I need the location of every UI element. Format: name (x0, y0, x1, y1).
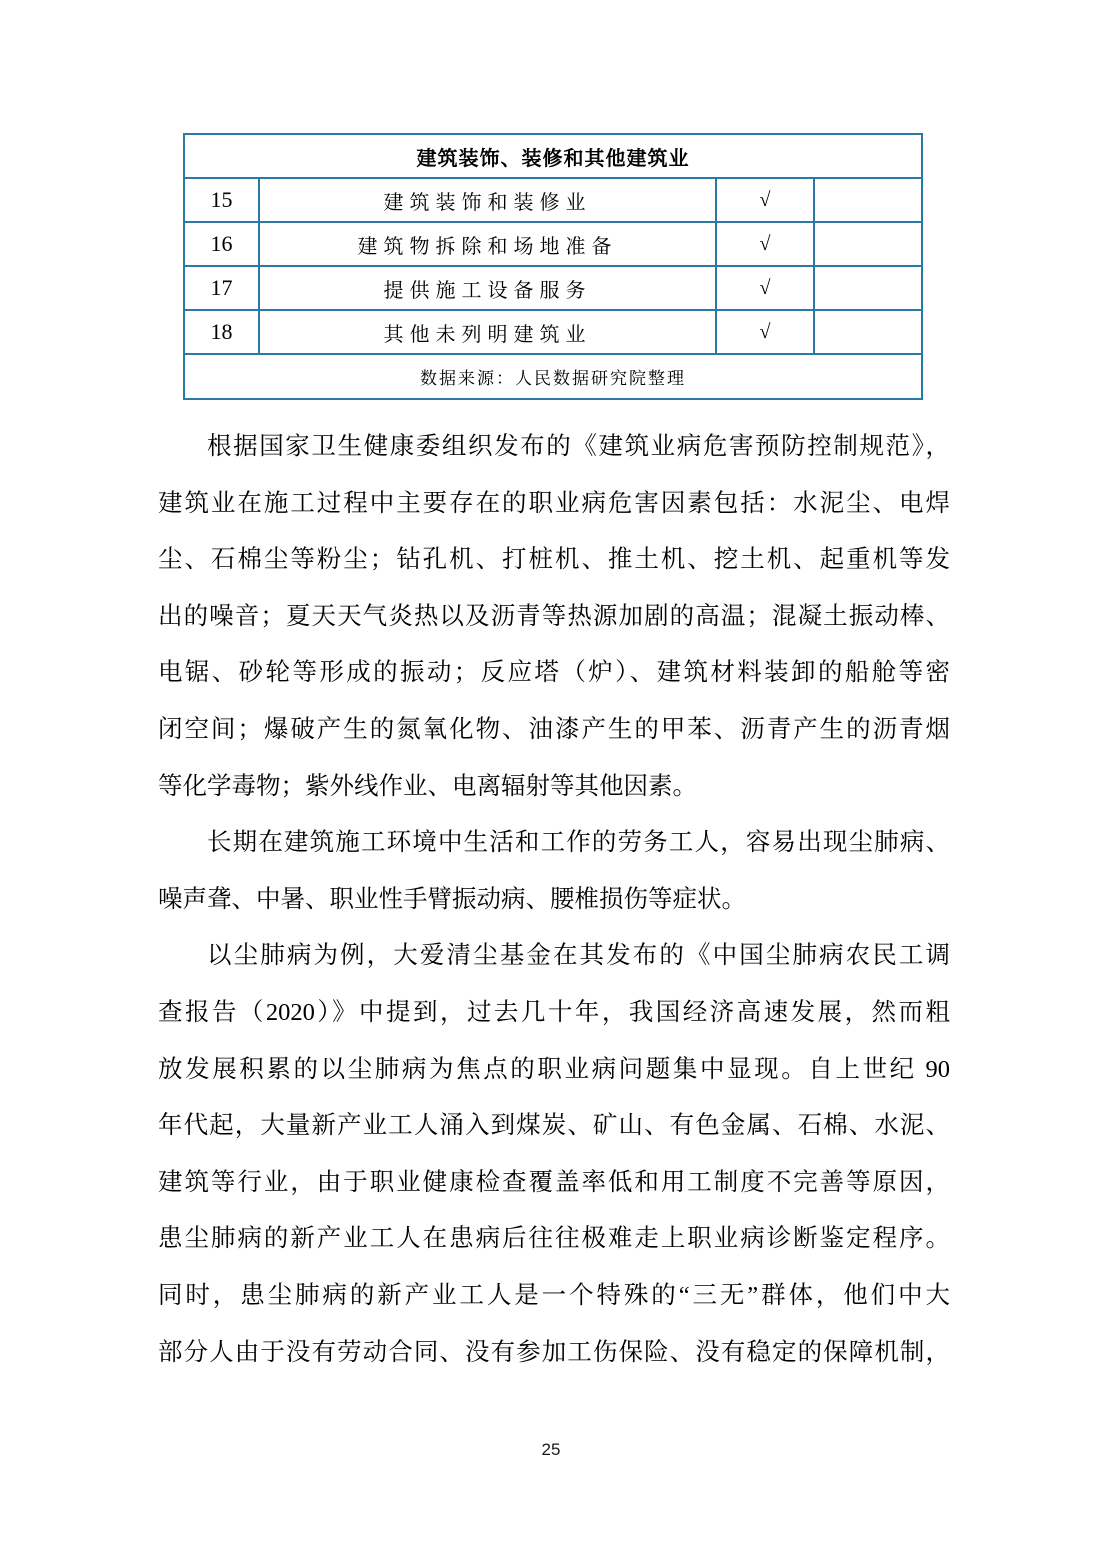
row-number: 18 (184, 310, 259, 354)
table-row: 17 提供施工设备服务 √ (184, 266, 922, 310)
row-number: 15 (184, 178, 259, 222)
document-page: 建筑装饰、装修和其他建筑业 15 建筑装饰和装修业 √ 16 建筑物拆除和场地准… (0, 0, 1102, 1559)
row-name: 建筑物拆除和场地准备 (259, 222, 716, 266)
table-header-row: 建筑装饰、装修和其他建筑业 (184, 134, 922, 178)
paragraph-line: 电锯、砂轮等形成的振动；反应塔（炉）、建筑材料装卸的船舱等密 (158, 645, 950, 702)
paragraph-line: 年代起，大量新产业工人涌入到煤炭、矿山、有色金属、石棉、水泥、 (158, 1098, 950, 1155)
paragraph-line: 根据国家卫生健康委组织发布的《建筑业病危害预防控制规范》， (158, 419, 950, 476)
checkmark-icon: √ (716, 222, 814, 266)
page-number: 25 (0, 1440, 1102, 1460)
table-footer-row: 数据来源：人民数据研究院整理 (184, 354, 922, 399)
row-name: 建筑装饰和装修业 (259, 178, 716, 222)
paragraph-line: 查报告（2020）》中提到，过去几十年，我国经济高速发展，然而粗 (158, 985, 950, 1042)
row-name: 提供施工设备服务 (259, 266, 716, 310)
industry-table: 建筑装饰、装修和其他建筑业 15 建筑装饰和装修业 √ 16 建筑物拆除和场地准… (183, 133, 923, 400)
table-title: 建筑装饰、装修和其他建筑业 (184, 134, 922, 178)
paragraph-line: 等化学毒物；紫外线作业、电离辐射等其他因素。 (158, 759, 950, 816)
row-number: 16 (184, 222, 259, 266)
row-extra-cell (814, 310, 922, 354)
checkmark-icon: √ (716, 178, 814, 222)
table-source-note: 数据来源：人民数据研究院整理 (184, 354, 922, 399)
paragraph-line: 长期在建筑施工环境中生活和工作的劳务工人，容易出现尘肺病、 (158, 815, 950, 872)
paragraph-line: 部分人由于没有劳动合同、没有参加工伤保险、没有稳定的保障机制， (158, 1325, 950, 1382)
row-extra-cell (814, 266, 922, 310)
row-extra-cell (814, 222, 922, 266)
row-name: 其他未列明建筑业 (259, 310, 716, 354)
table-row: 16 建筑物拆除和场地准备 √ (184, 222, 922, 266)
paragraph-line: 以尘肺病为例，大爱清尘基金在其发布的《中国尘肺病农民工调 (158, 928, 950, 985)
body-text: 根据国家卫生健康委组织发布的《建筑业病危害预防控制规范》， 建筑业在施工过程中主… (158, 419, 950, 1381)
paragraph-line: 建筑业在施工过程中主要存在的职业病危害因素包括：水泥尘、电焊 (158, 476, 950, 533)
table-row: 18 其他未列明建筑业 √ (184, 310, 922, 354)
paragraph-line: 患尘肺病的新产业工人在患病后往往极难走上职业病诊断鉴定程序。 (158, 1211, 950, 1268)
paragraph-line: 噪声聋、中暑、职业性手臂振动病、腰椎损伤等症状。 (158, 872, 950, 929)
paragraph-line: 尘、石棉尘等粉尘；钻孔机、打桩机、推土机、挖土机、起重机等发 (158, 532, 950, 589)
paragraph-line: 同时，患尘肺病的新产业工人是一个特殊的“三无”群体，他们中大 (158, 1268, 950, 1325)
paragraph-line: 建筑等行业，由于职业健康检查覆盖率低和用工制度不完善等原因， (158, 1155, 950, 1212)
checkmark-icon: √ (716, 266, 814, 310)
paragraph-line: 放发展积累的以尘肺病为焦点的职业病问题集中显现。自上世纪 90 (158, 1042, 950, 1099)
paragraph-line: 闭空间；爆破产生的氮氧化物、油漆产生的甲苯、沥青产生的沥青烟 (158, 702, 950, 759)
checkmark-icon: √ (716, 310, 814, 354)
row-extra-cell (814, 178, 922, 222)
paragraph-line: 出的噪音；夏天天气炎热以及沥青等热源加剧的高温；混凝土振动棒、 (158, 589, 950, 646)
row-number: 17 (184, 266, 259, 310)
table-row: 15 建筑装饰和装修业 √ (184, 178, 922, 222)
